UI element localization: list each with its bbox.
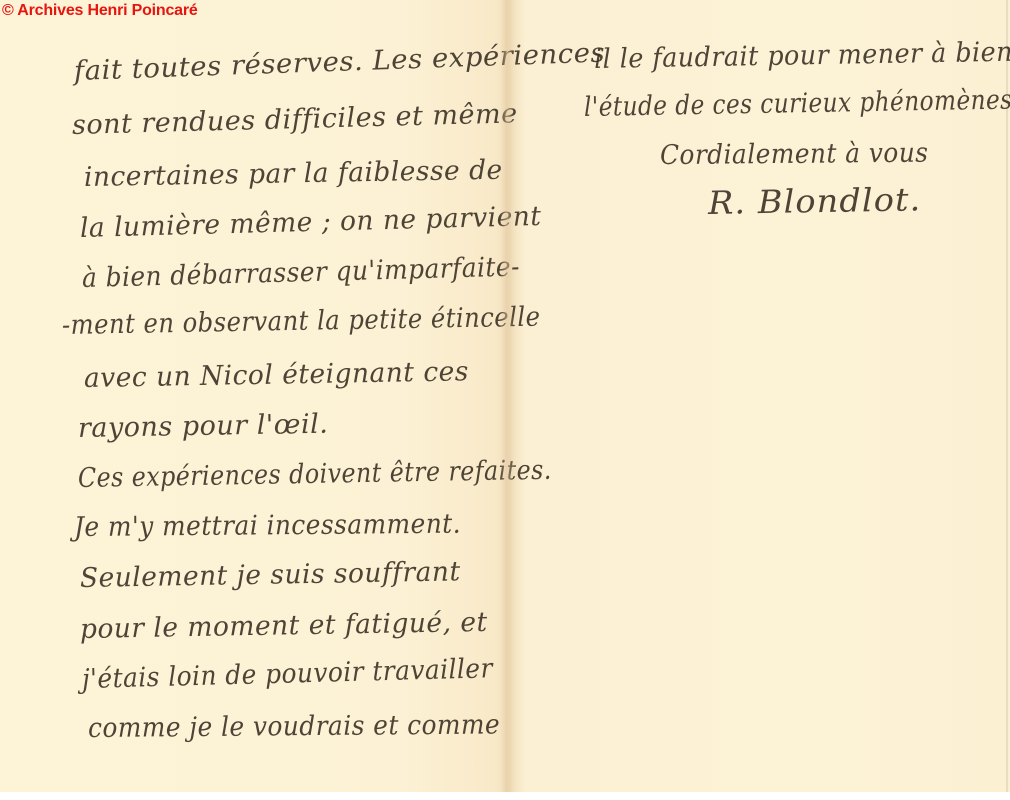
handwritten-line: rayons pour l'œil.	[78, 409, 329, 444]
handwritten-line: Ces expériences doivent être refaites.	[78, 455, 552, 494]
left-page: fait toutes réserves. Les expériences so…	[0, 0, 508, 792]
handwritten-line: avec un Nicol éteignant ces	[84, 356, 469, 394]
handwritten-line: l'étude de ces curieux phénomènes.	[584, 84, 1010, 123]
handwritten-line: la lumière même ; on ne parvient	[80, 201, 542, 244]
bottom-margin	[0, 792, 1010, 800]
handwritten-line: il le faudrait pour mener à bien	[594, 37, 1010, 75]
handwritten-line: j'étais loin de pouvoir travailler	[82, 653, 494, 695]
handwritten-line: Cordialement à vous	[660, 138, 929, 171]
handwritten-line: à bien débarrasser qu'imparfaite-	[82, 252, 521, 294]
handwritten-line: -ment en observant la petite étincelle	[62, 302, 541, 341]
handwritten-line: Seulement je suis souffrant	[80, 556, 461, 594]
handwritten-line: incertaines par la faiblesse de	[84, 155, 503, 193]
letter-scan: fait toutes réserves. Les expériences so…	[0, 0, 1010, 792]
signature: R. Blondlot.	[708, 180, 922, 222]
handwritten-line: Je m'y mettrai incessamment.	[74, 509, 461, 543]
handwritten-line: pour le moment et fatigué, et	[80, 607, 488, 645]
handwritten-line: comme je le voudrais et comme	[88, 709, 500, 744]
copyright-watermark: © Archives Henri Poincaré	[2, 1, 198, 21]
right-page: il le faudrait pour mener à bien l'étude…	[508, 0, 1008, 792]
handwritten-line: sont rendues difficiles et même	[72, 98, 518, 141]
